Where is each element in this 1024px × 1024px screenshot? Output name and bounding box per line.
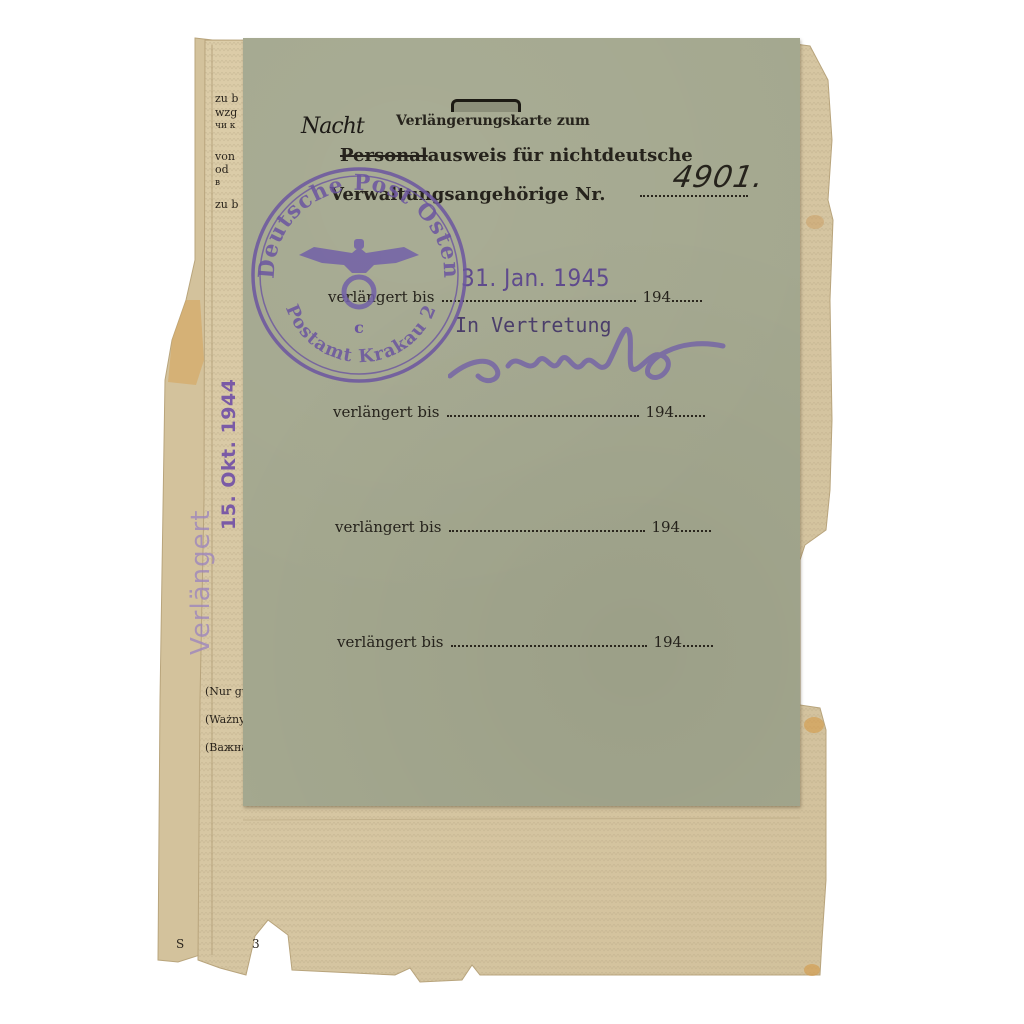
date-dotted-line [442,299,636,302]
vertical-stamp-prefix: Verlängert [186,510,216,655]
row-label: verlängert bis [333,403,439,421]
title-line2-rest: ausweis für nichtdeutsche [428,145,693,166]
backing-text-line: zu b [215,198,238,211]
backing-text-line: (Ważny [205,713,245,726]
backing-text-line: (Важна [205,741,248,754]
card-title-line1: Verlängerungskarte zum [396,113,590,129]
date-dotted-line [447,414,639,417]
year-dotted-line [672,299,702,302]
extension-row: verlängert bis194 [333,403,705,421]
year-dotted-line [683,644,713,647]
date-stamp: 31. Jan. 1945 [461,264,610,292]
in-vertretung-stamp: In Vertretung [455,313,612,337]
struck-word: Personal [340,145,428,166]
year-prefix: 194 [653,633,682,651]
row-label: verlängert bis [328,288,434,306]
vertical-date-stamp: 15. Okt. 1944 [218,379,240,530]
handwritten-card-number: 4901. [670,160,767,195]
handwritten-note: Nacht [301,114,364,139]
backing-text-line: wzg [215,106,237,119]
backing-text-line: od [215,163,229,176]
year-prefix: 194 [642,288,671,306]
date-dotted-line [451,644,647,647]
row-label: verlängert bis [337,633,443,651]
svg-text:Postamt Krakau 2: Postamt Krakau 2 [281,301,441,367]
year-prefix: 194 [651,518,680,536]
year-prefix: 194 [645,403,674,421]
backing-footer-number: 3 [252,938,260,951]
vertical-stamp-date: 15. Okt. 1944 [218,379,240,530]
backing-text-line: в [215,177,220,190]
svg-text:c: c [354,318,364,337]
card-title-line2: Personalausweis für nichtdeutsche [340,145,693,166]
backing-text-line: von [215,150,235,163]
backing-text-line: чи к [215,120,235,133]
backing-footer-text: S [176,938,184,951]
year-dotted-line [681,529,711,532]
vertical-stamp-faint: Verlängert [186,510,216,655]
backing-text-line: zu b [215,92,238,105]
number-dotted-line [640,195,748,197]
extension-row: verlängert bis194 [337,633,713,651]
year-dotted-line [675,414,705,417]
row-label: verlängert bis [335,518,441,536]
punch-slot [451,99,521,112]
date-dotted-line [449,529,645,532]
card-title-line3: Verwaltungsangehörige Nr. [330,184,606,205]
extension-row: verlängert bis194 [335,518,711,536]
extension-card: Nacht Verlängerungskarte zum Personalaus… [243,38,800,806]
